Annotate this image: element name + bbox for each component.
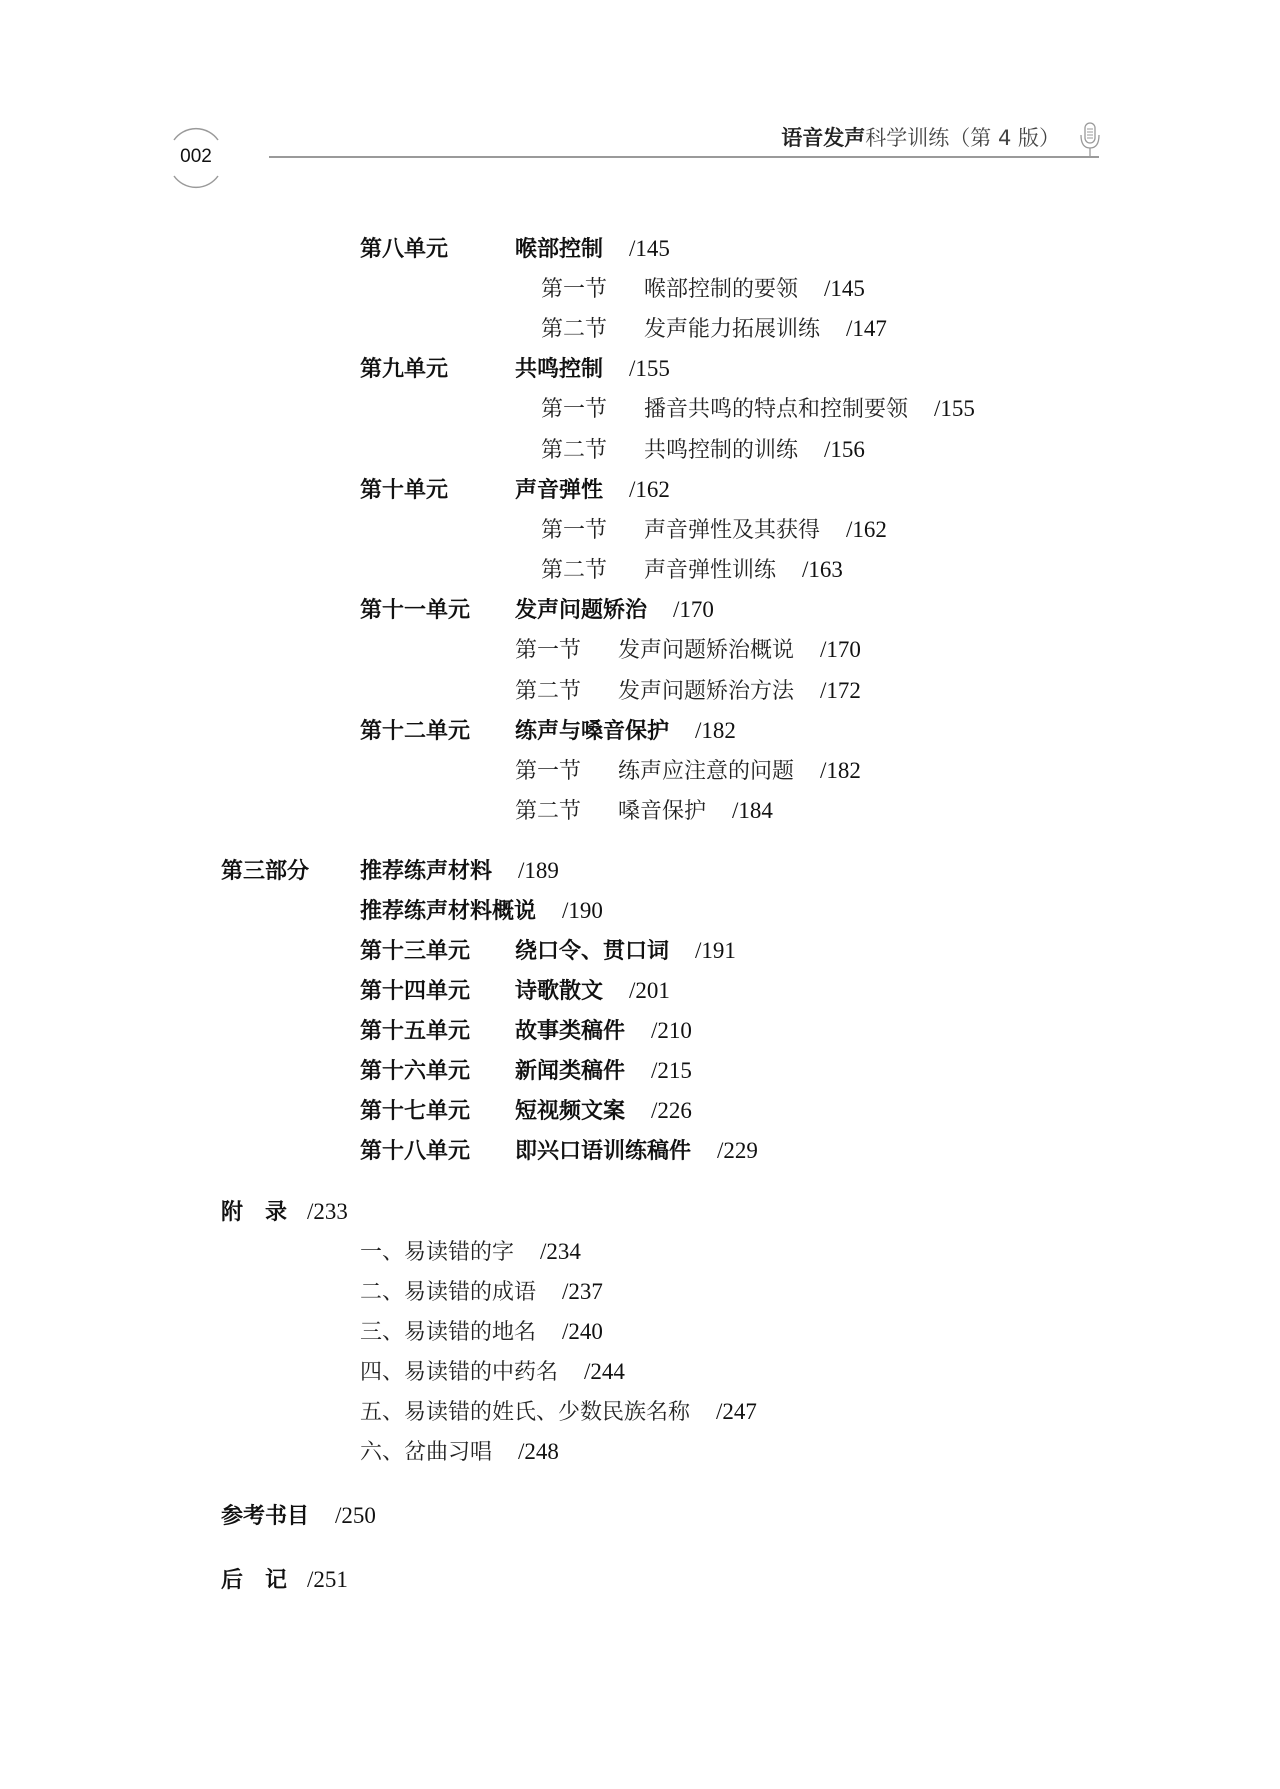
unit-label: 第十七单元 — [360, 1097, 515, 1127]
section-label: 第二节 — [541, 315, 644, 345]
toc-unit-15[interactable]: 第十五单元故事类稿件/210 — [360, 1016, 692, 1046]
page-ref: /248 — [518, 1439, 559, 1464]
appendix-item-title: 二、易读错的成语 — [360, 1278, 536, 1308]
toc-appendix-item[interactable]: 三、易读错的地名/240 — [360, 1317, 603, 1347]
page-ref: /190 — [562, 898, 603, 923]
unit-title: 发声问题矫治 — [515, 596, 647, 626]
section-title: 嗓音保护 — [618, 797, 706, 827]
overview-title: 推荐练声材料概说 — [360, 897, 536, 927]
book-title-rest: 科学训练（第 4 版） — [865, 126, 1060, 150]
toc-appendix-item[interactable]: 六、岔曲习唱/248 — [360, 1437, 559, 1467]
unit-title: 绕口令、贯口词 — [515, 937, 669, 967]
section-label: 第二节 — [541, 436, 644, 466]
page-ref: /170 — [673, 597, 714, 622]
toc-section[interactable]: 第二节共鸣控制的训练/156 — [541, 435, 865, 465]
afterword-label: 后 记 — [221, 1566, 287, 1596]
toc-appendix-item[interactable]: 一、易读错的字/234 — [360, 1237, 581, 1267]
section-title: 声音弹性及其获得 — [644, 516, 820, 546]
toc-section[interactable]: 第一节发声问题矫治概说/170 — [515, 635, 861, 665]
toc-unit-17[interactable]: 第十七单元短视频文案/226 — [360, 1096, 692, 1126]
unit-title: 练声与嗓音保护 — [515, 717, 669, 747]
page-ref: /244 — [584, 1359, 625, 1384]
page-ref: /184 — [732, 798, 773, 823]
toc-section[interactable]: 第一节练声应注意的问题/182 — [515, 756, 861, 786]
page-ref: /182 — [820, 758, 861, 783]
unit-label: 第十二单元 — [360, 717, 515, 747]
unit-title: 故事类稿件 — [515, 1017, 625, 1047]
page-ref: /162 — [846, 517, 887, 542]
part-title: 推荐练声材料 — [360, 857, 492, 887]
page-ref: /247 — [716, 1399, 757, 1424]
appendix-item-title: 六、岔曲习唱 — [360, 1438, 492, 1468]
unit-title: 即兴口语训练稿件 — [515, 1137, 691, 1167]
header-rule — [269, 156, 1099, 158]
toc-section[interactable]: 第二节发声问题矫治方法/172 — [515, 676, 861, 706]
page-number: 002 — [166, 146, 226, 168]
part-label: 第三部分 — [221, 857, 360, 887]
unit-title: 喉部控制 — [515, 235, 603, 265]
unit-title: 诗歌散文 — [515, 977, 603, 1007]
page-ref: /145 — [824, 276, 865, 301]
toc-unit-9[interactable]: 第九单元共鸣控制/155 — [360, 354, 670, 384]
page-ref: /147 — [846, 316, 887, 341]
unit-label: 第十五单元 — [360, 1017, 515, 1047]
page-ref: /251 — [307, 1567, 348, 1592]
toc-section[interactable]: 第二节发声能力拓展训练/147 — [541, 314, 887, 344]
page-ref: /215 — [651, 1058, 692, 1083]
unit-label: 第十单元 — [360, 476, 515, 506]
page-ref: /240 — [562, 1319, 603, 1344]
page-ref: /237 — [562, 1279, 603, 1304]
section-label: 第二节 — [541, 556, 644, 586]
page-ref: /229 — [717, 1138, 758, 1163]
page-ref: /233 — [307, 1199, 348, 1224]
unit-label: 第十三单元 — [360, 937, 515, 967]
toc-afterword[interactable]: 后 记/251 — [221, 1565, 348, 1595]
section-label: 第二节 — [515, 677, 618, 707]
section-label: 第一节 — [515, 757, 618, 787]
page-ref: /155 — [934, 396, 975, 421]
page-number-badge: 002 — [166, 126, 226, 190]
section-title: 发声问题矫治方法 — [618, 677, 794, 707]
toc-unit-8[interactable]: 第八单元喉部控制/145 — [360, 234, 670, 264]
appendix-item-title: 四、易读错的中药名 — [360, 1358, 558, 1388]
toc-appendix[interactable]: 附 录/233 — [221, 1197, 348, 1227]
section-label: 第一节 — [515, 636, 618, 666]
page-ref: /162 — [629, 477, 670, 502]
toc-references[interactable]: 参考书目/250 — [221, 1501, 376, 1531]
toc-unit-11[interactable]: 第十一单元发声问题矫治/170 — [360, 595, 714, 625]
page-ref: /155 — [629, 356, 670, 381]
unit-title: 共鸣控制 — [515, 355, 603, 385]
unit-label: 第八单元 — [360, 235, 515, 265]
references-label: 参考书目 — [221, 1502, 309, 1532]
toc-unit-12[interactable]: 第十二单元练声与嗓音保护/182 — [360, 716, 736, 746]
section-label: 第一节 — [541, 275, 644, 305]
book-title-bold: 语音发声 — [781, 126, 865, 150]
toc-unit-10[interactable]: 第十单元声音弹性/162 — [360, 475, 670, 505]
section-title: 发声能力拓展训练 — [644, 315, 820, 345]
toc-section[interactable]: 第二节嗓音保护/184 — [515, 796, 773, 826]
unit-title: 声音弹性 — [515, 476, 603, 506]
unit-label: 第十四单元 — [360, 977, 515, 1007]
toc-section[interactable]: 第二节声音弹性训练/163 — [541, 555, 843, 585]
appendix-item-title: 五、易读错的姓氏、少数民族名称 — [360, 1398, 690, 1428]
section-label: 第二节 — [515, 797, 618, 827]
section-title: 发声问题矫治概说 — [618, 636, 794, 666]
microphone-icon — [1079, 121, 1101, 159]
toc-appendix-item[interactable]: 五、易读错的姓氏、少数民族名称/247 — [360, 1397, 757, 1427]
toc-part3-overview[interactable]: 推荐练声材料概说/190 — [360, 896, 603, 926]
page-ref: /156 — [824, 437, 865, 462]
running-header-title: 语音发声科学训练（第 4 版） — [781, 122, 1060, 152]
toc-unit-14[interactable]: 第十四单元诗歌散文/201 — [360, 976, 670, 1006]
page-ref: /234 — [540, 1239, 581, 1264]
section-title: 喉部控制的要领 — [644, 275, 798, 305]
section-label: 第一节 — [541, 516, 644, 546]
page-ref: /182 — [695, 718, 736, 743]
section-title: 播音共鸣的特点和控制要领 — [644, 395, 908, 425]
unit-label: 第十六单元 — [360, 1057, 515, 1087]
page-ref: /201 — [629, 978, 670, 1003]
section-title: 声音弹性训练 — [644, 556, 776, 586]
toc-section[interactable]: 第一节喉部控制的要领/145 — [541, 274, 865, 304]
section-title: 共鸣控制的训练 — [644, 436, 798, 466]
unit-label: 第十八单元 — [360, 1137, 515, 1167]
appendix-item-title: 三、易读错的地名 — [360, 1318, 536, 1348]
unit-label: 第十一单元 — [360, 596, 515, 626]
unit-title: 新闻类稿件 — [515, 1057, 625, 1087]
section-title: 练声应注意的问题 — [618, 757, 794, 787]
page-ref: /172 — [820, 678, 861, 703]
appendix-label: 附 录 — [221, 1198, 287, 1228]
page-ref: /170 — [820, 637, 861, 662]
page-ref: /189 — [518, 858, 559, 883]
toc-unit-16[interactable]: 第十六单元新闻类稿件/215 — [360, 1056, 692, 1086]
page-ref: /226 — [651, 1098, 692, 1123]
page-ref: /250 — [335, 1503, 376, 1528]
unit-title: 短视频文案 — [515, 1097, 625, 1127]
toc-part-3[interactable]: 第三部分推荐练声材料/189 — [221, 856, 559, 886]
page-ref: /145 — [629, 236, 670, 261]
page-ref: /163 — [802, 557, 843, 582]
page-ref: /210 — [651, 1018, 692, 1043]
unit-label: 第九单元 — [360, 355, 515, 385]
toc-section[interactable]: 第一节播音共鸣的特点和控制要领/155 — [541, 394, 975, 424]
toc-appendix-item[interactable]: 四、易读错的中药名/244 — [360, 1357, 625, 1387]
toc-appendix-item[interactable]: 二、易读错的成语/237 — [360, 1277, 603, 1307]
toc-unit-13[interactable]: 第十三单元绕口令、贯口词/191 — [360, 936, 736, 966]
appendix-item-title: 一、易读错的字 — [360, 1238, 514, 1268]
toc-unit-18[interactable]: 第十八单元即兴口语训练稿件/229 — [360, 1136, 758, 1166]
section-label: 第一节 — [541, 395, 644, 425]
toc-section[interactable]: 第一节声音弹性及其获得/162 — [541, 515, 887, 545]
page-ref: /191 — [695, 938, 736, 963]
